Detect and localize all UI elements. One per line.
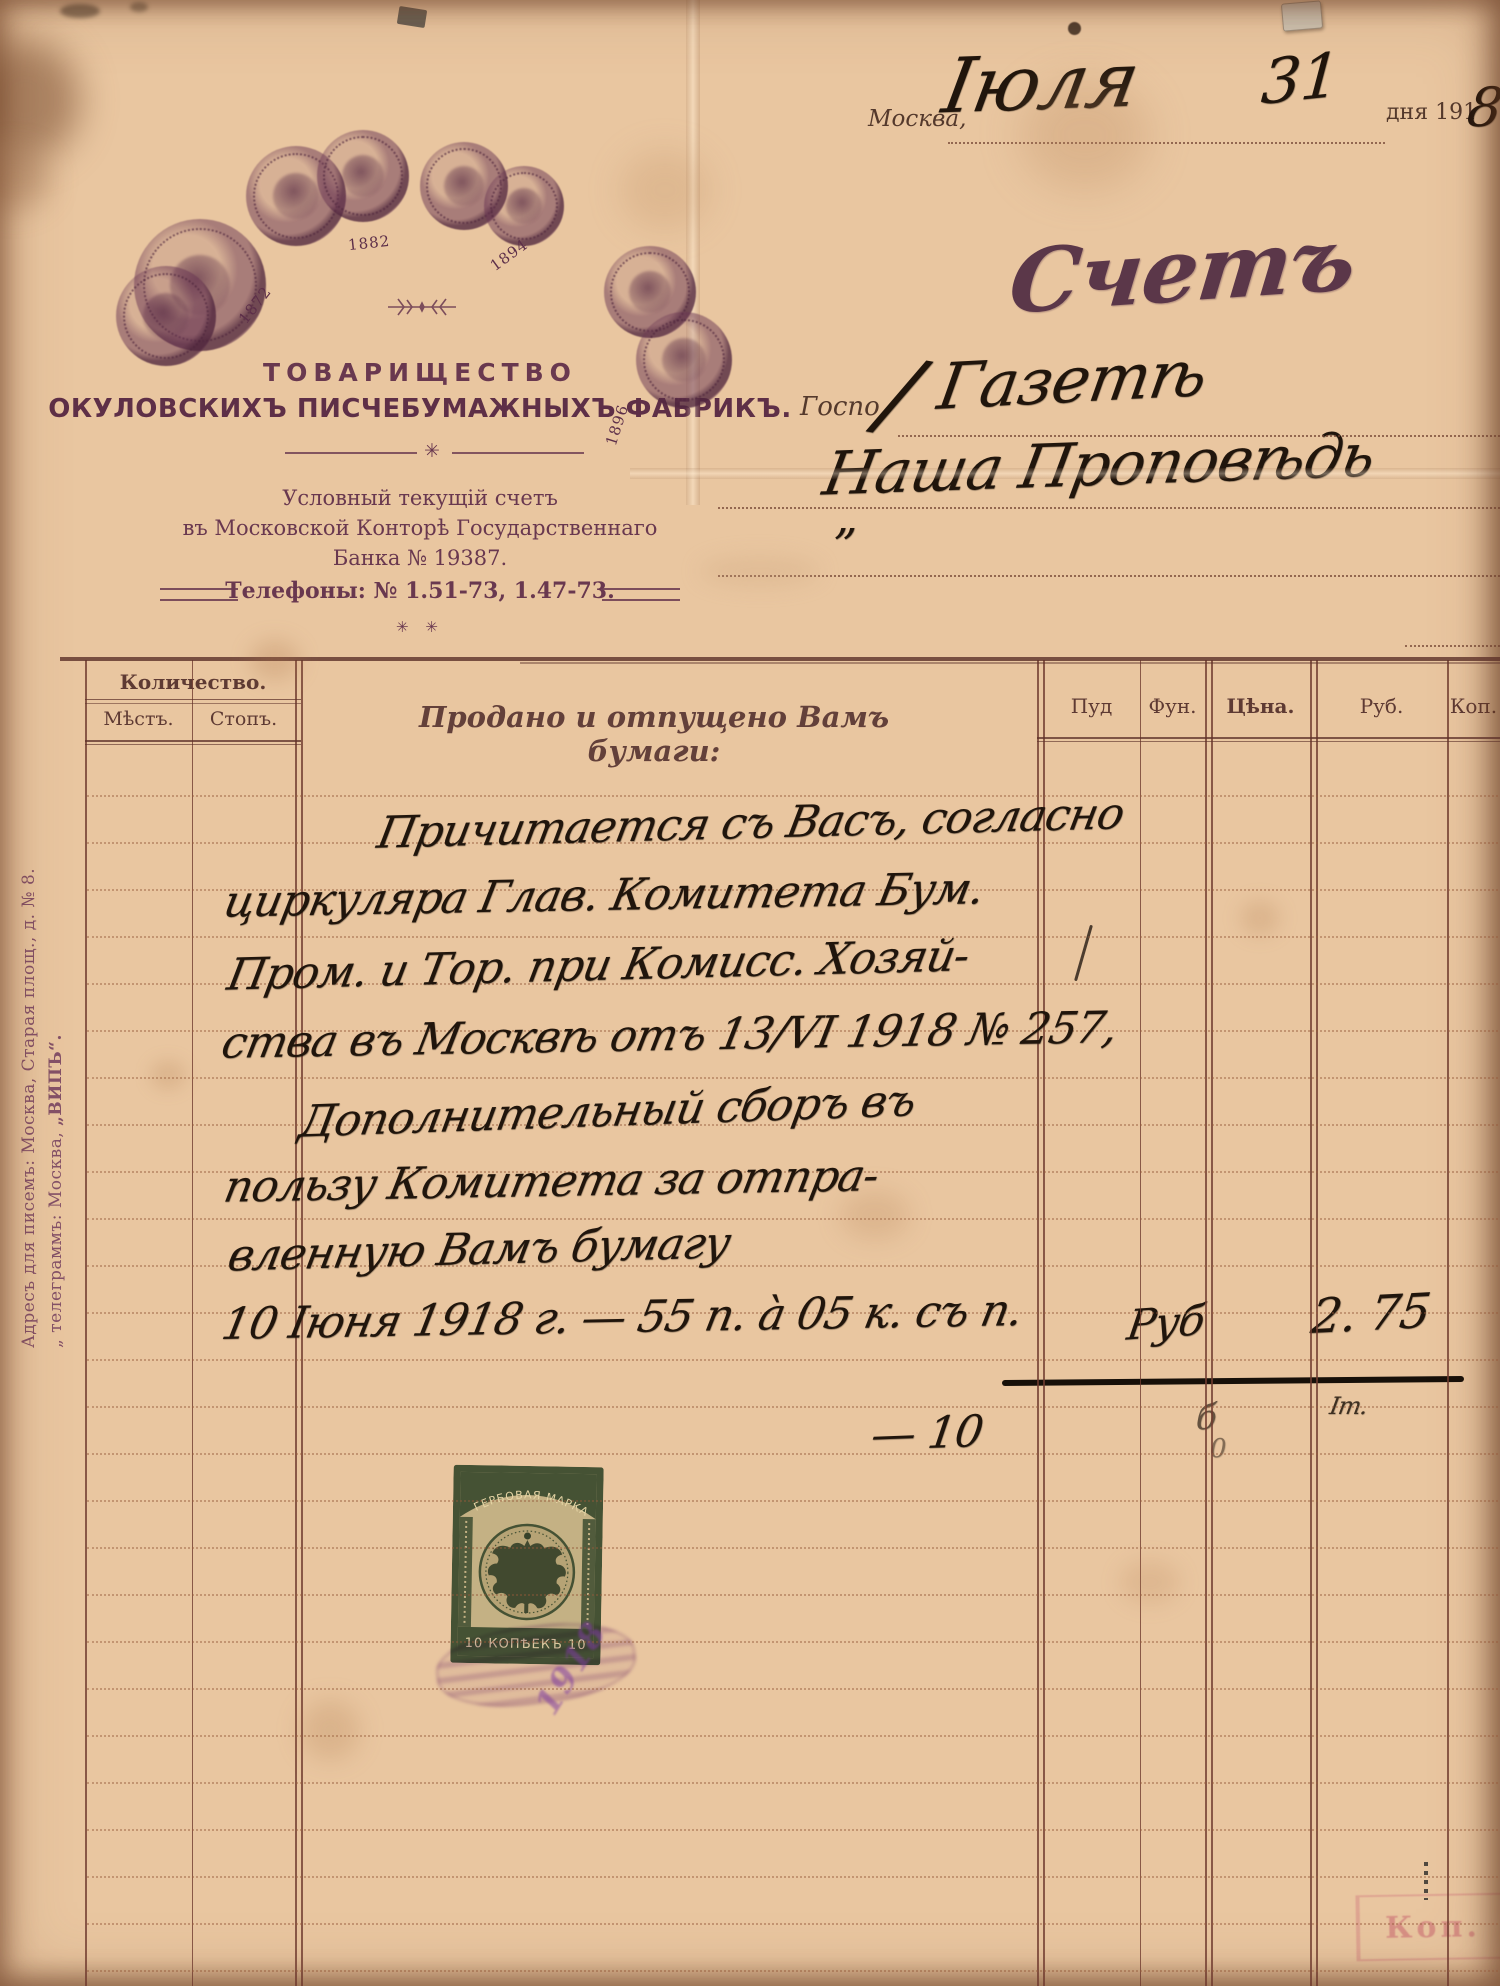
table-column-line [1037, 660, 1039, 1986]
star-divider-icon: ✳ [424, 440, 440, 462]
dotted-writing-line [718, 575, 1500, 577]
star-divider-line-right [452, 452, 584, 454]
horizontal-crease [630, 468, 1500, 479]
paper-stain [0, 40, 80, 160]
handwritten-quote-mark: „ [834, 490, 857, 544]
phones-rule-right-icon [602, 588, 680, 601]
dotted-writing-line [898, 435, 1500, 437]
table-row-dotted-line [87, 1735, 1498, 1737]
handwritten-body-line: 10 Іюня 1918 г. — 55 п. à 05 к. съ п. [218, 1285, 1027, 1350]
kop-column-header: Коп. [1447, 694, 1500, 718]
table-column-line [1310, 660, 1312, 1986]
medal-year-label: 1882 [347, 232, 391, 254]
handwritten-body-line: Дополнительный сборъ въ [295, 1075, 919, 1147]
medal-icon [317, 130, 409, 222]
paper-stain [840, 1190, 910, 1240]
table-column-line [1316, 660, 1318, 1986]
table-rule [85, 699, 301, 700]
table-column-line [1140, 660, 1141, 1986]
handwritten-body-line: ства въ Москвѣ отъ 13/VI 1918 № 257, [217, 1002, 1121, 1069]
corner-kop-stamp-text: Коп. [1385, 1909, 1481, 1946]
tape-mark [397, 6, 427, 28]
table-row-dotted-line [87, 1077, 1498, 1079]
table-row-dotted-line [87, 1923, 1498, 1925]
table-column-line [1043, 660, 1045, 1986]
twig-ornament-icon [386, 296, 458, 318]
paper-stain [0, 150, 50, 210]
side-note-address-line: Адресъ для писемъ: Москва, Старая площ.,… [16, 808, 43, 1348]
corner-kop-stamp: Коп. [1355, 1893, 1500, 1962]
handwritten-slash-mark [1074, 925, 1093, 982]
table-row-dotted-line [87, 1876, 1498, 1878]
account-line1: Условный текущій счетъ [282, 486, 558, 510]
dotted-writing-line [948, 142, 1385, 144]
table-rule [85, 740, 301, 742]
price-column-header: Цѣна. [1211, 694, 1310, 718]
scanned-invoice-page: ТОВАРИЩЕСТВО ОКУЛОВСКИХЪ ПИСЧЕБУМАЖНЫХЪ … [0, 0, 1500, 1986]
table-rule [1037, 741, 1500, 742]
medal-icon [636, 312, 732, 408]
table-row-dotted-line [87, 1218, 1498, 1220]
printed-year-prefix: дня 191 [1386, 100, 1477, 125]
table-rule [520, 662, 1500, 664]
star-divider-line-left [285, 452, 417, 454]
fun-column-header: Фун. [1140, 694, 1205, 718]
medal-icon [116, 266, 216, 366]
addressee-printed-prefix: Госпо [800, 392, 880, 422]
table-rule [85, 703, 301, 704]
handwritten-body-line: циркуляра Глав. Комитета Бум. [220, 863, 989, 927]
handwritten-currency: Руб [1124, 1295, 1207, 1349]
paper-stain [700, 556, 820, 586]
side-note-telegram-prefix: „ телеграммъ: Москва, [46, 1126, 66, 1348]
paper-stain [1120, 1560, 1180, 1604]
table-row-dotted-line [87, 1829, 1498, 1831]
table-column-line [192, 660, 193, 1986]
paper-stain [60, 4, 100, 18]
dotted-writing-line [1405, 645, 1500, 647]
table-row-dotted-line [87, 1688, 1498, 1690]
handwritten-amount: 2. 75 [1308, 1283, 1433, 1345]
account-line3: Банка № 19387. [333, 546, 507, 570]
table-row-dotted-line [87, 1970, 1498, 1972]
paper-flake [1281, 0, 1323, 31]
vertical-crease [686, 0, 700, 505]
corner-dotted-tick-icon [1424, 1862, 1428, 1900]
paper-stain [1240, 900, 1280, 936]
main-column-header: Продано и отпущено Вамъ бумаги: [398, 700, 910, 768]
pud-column-header: Пуд [1043, 694, 1140, 718]
handwritten-year-digit: 8 [1464, 76, 1500, 139]
rub-column-header: Руб. [1316, 694, 1447, 718]
side-note-brand: „ВИПЪ“. [46, 1034, 66, 1126]
table-column-line [1447, 660, 1449, 1986]
account-line2: въ Московской Конторѣ Государственнаго [183, 516, 658, 540]
handwritten-body-line: пользу Комитета за отпра- [220, 1150, 883, 1212]
dotted-writing-line [718, 507, 1500, 509]
table-rule [1037, 737, 1500, 739]
handwritten-body-line: Пром. и Тор. при Комисс. Хозяй- [223, 930, 973, 1000]
paper-stain [250, 640, 300, 680]
total-rule [1002, 1376, 1464, 1386]
invoice-title: Счетъ [1005, 206, 1360, 334]
table-row-dotted-line [87, 1453, 1498, 1455]
medal-icon [484, 166, 564, 246]
paper-stain [620, 150, 710, 230]
phones-line: Телефоны: № 1.51-73, 1.47-73. [225, 578, 615, 604]
table-row-dotted-line [87, 1547, 1498, 1549]
places-column-header: Мѣстъ. [85, 708, 192, 730]
paper-stain [300, 1700, 360, 1760]
paper-stain [130, 2, 148, 12]
table-row-dotted-line [87, 1406, 1498, 1408]
table-row-dotted-line [87, 1782, 1498, 1784]
org-name-line1: ТОВАРИЩЕСТВО [263, 358, 577, 387]
side-note: Адресъ для писемъ: Москва, Старая площ.,… [16, 808, 70, 1348]
paper-stain [1020, 80, 1150, 190]
table-rule [85, 744, 301, 745]
table-column-line [1211, 660, 1213, 1986]
side-note-telegram-line: „ телеграммъ: Москва, „ВИПЪ“. [43, 808, 70, 1348]
table-row-dotted-line [87, 1359, 1498, 1361]
table-column-line [85, 660, 87, 1986]
table-row-dotted-line [87, 1641, 1498, 1643]
reams-column-header: Стопъ. [192, 708, 295, 730]
handwritten-day: 31 [1259, 38, 1342, 119]
handwritten-addressee-line1: Газетѣ [933, 337, 1212, 425]
ink-spot [1068, 22, 1081, 35]
paper-stain [150, 1060, 186, 1090]
double-star-ornament-icon: ✳ ✳ [396, 618, 444, 636]
table-row-dotted-line [87, 1500, 1498, 1502]
table-column-line [1205, 660, 1207, 1986]
handwritten-body-line: Причитается съ Васъ, согласно [373, 788, 1128, 858]
table-row-dotted-line [87, 1594, 1498, 1596]
